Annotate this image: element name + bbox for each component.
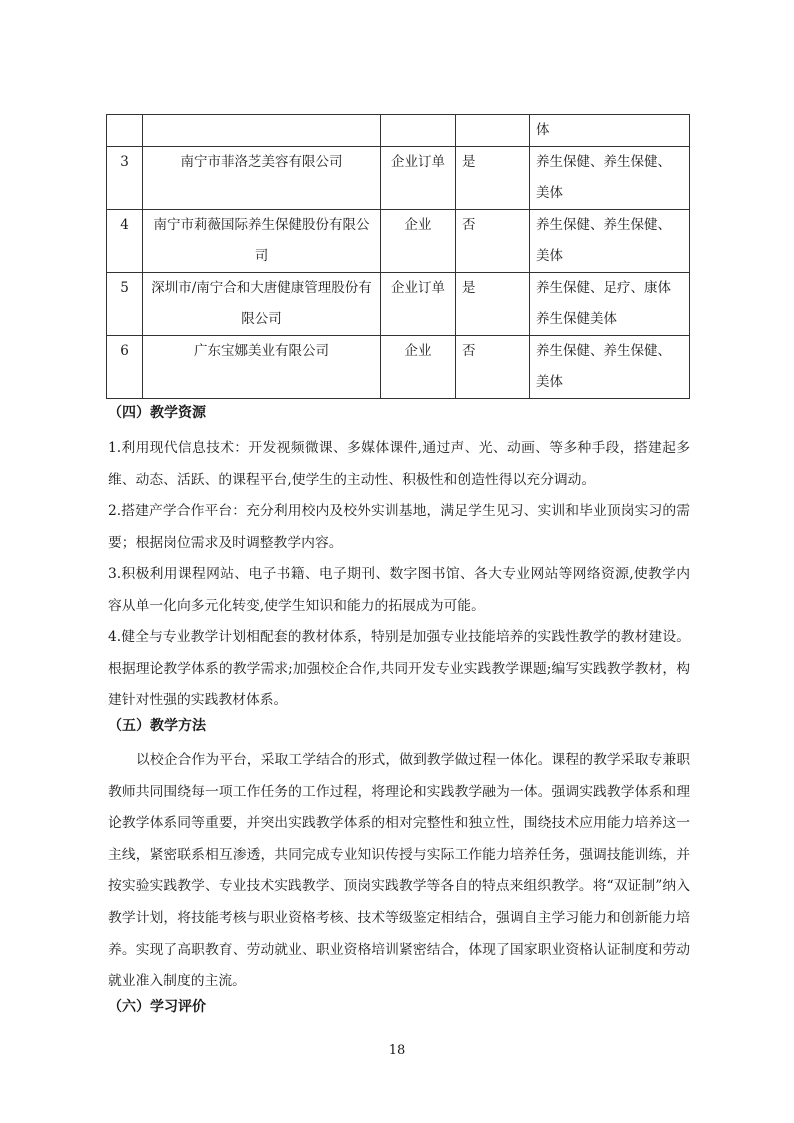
training-direction: 体 [530, 115, 690, 147]
row-index: 3 [107, 147, 143, 210]
enterprise-name: 广东宝娜美业有限公司 [143, 336, 381, 399]
table-row: 体 [107, 115, 690, 147]
order-flag: 是 [456, 273, 530, 336]
training-direction: 养生保健、养生保健、美体 [530, 147, 690, 210]
enterprise-name [143, 115, 381, 147]
enterprise-name: 南宁市菲洛芝美容有限公司 [143, 147, 381, 210]
order-flag: 否 [456, 336, 530, 399]
table-row: 4 南宁市莉薇国际养生保健股份有限公司 企业 否 养生保健、养生保健、美体 [107, 210, 690, 273]
training-direction: 养生保健、养生保健、美体 [530, 210, 690, 273]
resource-item-4: 4.健全与专业教学计划相配套的教材体系，特别是加强专业技能培养的实践性教学的教材… [108, 622, 690, 717]
row-index: 4 [107, 210, 143, 273]
table-row: 5 深圳市/南宁合和大唐健康管理股份有限公司 企业订单 是 养生保健、足疗、康体… [107, 273, 690, 336]
partner-enterprise-table: 体 3 南宁市菲洛芝美容有限公司 企业订单 是 养生保健、养生保健、美体 4 南… [106, 114, 690, 399]
row-index: 5 [107, 273, 143, 336]
cooperation-type [381, 115, 456, 147]
teaching-methods-paragraph: 以校企合作为平台，采取工学结合的形式，做到教学做过程一体化。课程的教学采取专兼职… [108, 745, 690, 998]
order-flag: 是 [456, 147, 530, 210]
section-heading-teaching-resources: （四）教学资源 [108, 403, 206, 423]
training-direction: 养生保健、足疗、康体养生保健美体 [530, 273, 690, 336]
enterprise-name: 深圳市/南宁合和大唐健康管理股份有限公司 [143, 273, 381, 336]
page-number: 18 [0, 1043, 794, 1058]
enterprise-name: 南宁市莉薇国际养生保健股份有限公司 [143, 210, 381, 273]
row-index: 6 [107, 336, 143, 399]
section-heading-learning-evaluation: （六）学习评价 [108, 997, 206, 1017]
order-flag: 否 [456, 210, 530, 273]
cooperation-type: 企业订单 [381, 273, 456, 336]
row-index [107, 115, 143, 147]
table-row: 6 广东宝娜美业有限公司 企业 否 养生保健、养生保健、美体 [107, 336, 690, 399]
order-flag [456, 115, 530, 147]
resource-item-2: 2.搭建产学合作平台：充分利用校内及校外实训基地，满足学生见习、实训和毕业顶岗实… [108, 496, 690, 559]
document-page: 体 3 南宁市菲洛芝美容有限公司 企业订单 是 养生保健、养生保健、美体 4 南… [0, 0, 794, 1123]
table-row: 3 南宁市菲洛芝美容有限公司 企业订单 是 养生保健、养生保健、美体 [107, 147, 690, 210]
section-heading-teaching-methods: （五）教学方法 [108, 716, 206, 736]
resource-item-3: 3.积极利用课程网站、电子书籍、电子期刊、数字图书馆、各大专业网站等网络资源,使… [108, 559, 690, 622]
cooperation-type: 企业 [381, 336, 456, 399]
cooperation-type: 企业 [381, 210, 456, 273]
resource-item-1: 1.利用现代信息技术：开发视频微课、多媒体课件,通过声、光、动画、等多种手段，搭… [108, 433, 690, 496]
cooperation-type: 企业订单 [381, 147, 456, 210]
training-direction: 养生保健、养生保健、美体 [530, 336, 690, 399]
